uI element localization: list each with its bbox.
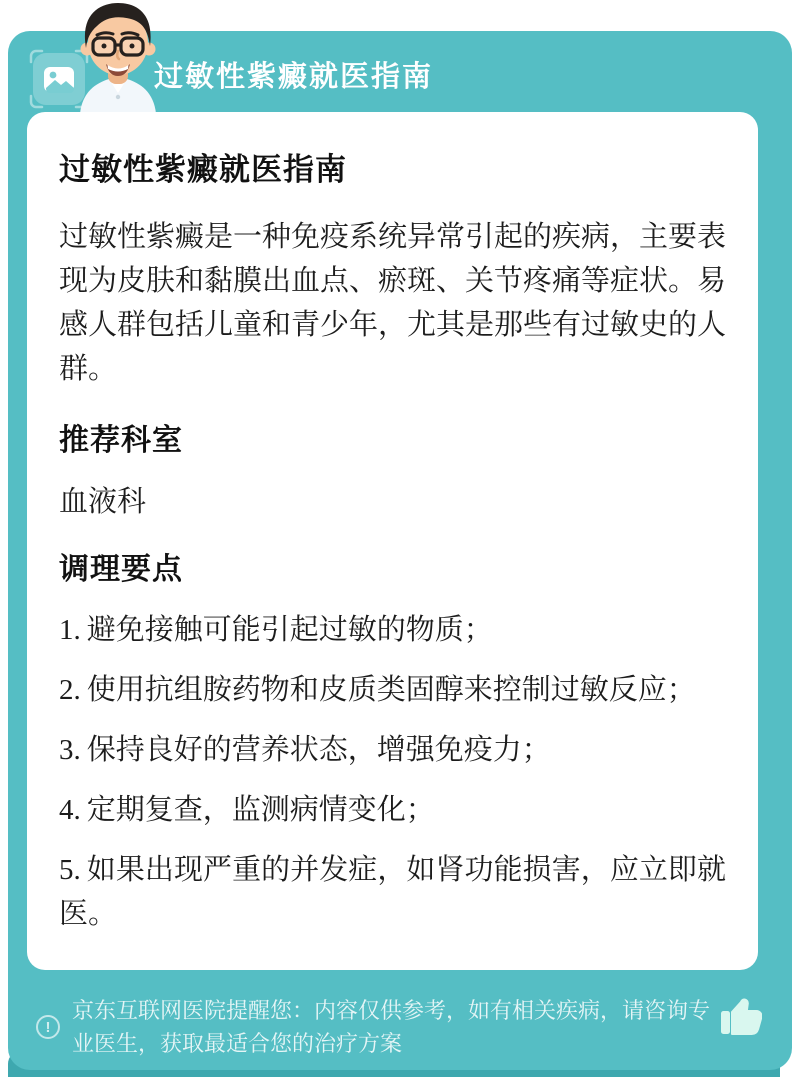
section-heading-care: 调理要点	[59, 544, 726, 588]
care-point-number: 4.	[59, 794, 81, 826]
card-title: 过敏性紫癜就医指南	[59, 144, 726, 189]
thumbs-up-icon[interactable]	[716, 996, 762, 1038]
care-point-text: 定期复查，监测病情变化；	[87, 794, 435, 826]
care-point-number: 2.	[59, 674, 81, 706]
care-point-item: 4.定期复查，监测病情变化；	[59, 788, 726, 832]
header-title: 过敏性紫癜就医指南	[154, 54, 433, 95]
care-point-text: 避免接触可能引起过敏的物质；	[87, 614, 493, 646]
care-point-number: 3.	[59, 734, 81, 766]
exclamation-circle-icon: !	[36, 1015, 60, 1039]
intro-paragraph: 过敏性紫癜是一种免疫系统异常引起的疾病，主要表现为皮肤和黏膜出血点、瘀斑、关节疼…	[59, 215, 726, 391]
care-point-text: 如果出现严重的并发症，如肾功能损害，应立即就医。	[59, 854, 726, 930]
footer-disclaimer-bar: ! 京东互联网医院提醒您：内容仅供参考，如有相关疾病，请咨询专业医生，获取最适合…	[36, 994, 726, 1060]
department-value: 血液科	[59, 479, 726, 520]
care-point-item: 1.避免接触可能引起过敏的物质；	[59, 608, 726, 652]
care-points-list: 1.避免接触可能引起过敏的物质； 2.使用抗组胺药物和皮质类固醇来控制过敏反应；…	[59, 608, 726, 936]
care-point-item: 5.如果出现严重的并发症，如肾功能损害，应立即就医。	[59, 848, 726, 936]
care-point-item: 3.保持良好的营养状态，增强免疫力；	[59, 728, 726, 772]
care-point-text: 保持良好的营养状态，增强免疫力；	[87, 734, 551, 766]
care-point-number: 1.	[59, 614, 81, 646]
content-card: 过敏性紫癜就医指南 过敏性紫癜是一种免疫系统异常引起的疾病，主要表现为皮肤和黏膜…	[27, 112, 758, 970]
disclaimer-text: 京东互联网医院提醒您：内容仅供参考，如有相关疾病，请咨询专业医生，获取最适合您的…	[72, 994, 724, 1060]
care-point-number: 5.	[59, 854, 81, 886]
page-background: 过敏性紫癜就医指南 过敏性紫癜就医指南 过敏性紫癜是一种免疫系统异常引起的疾病，…	[0, 0, 800, 1077]
care-point-item: 2.使用抗组胺药物和皮质类固醇来控制过敏反应；	[59, 668, 726, 712]
section-heading-department: 推荐科室	[59, 415, 726, 459]
care-point-text: 使用抗组胺药物和皮质类固醇来控制过敏反应；	[87, 674, 696, 706]
